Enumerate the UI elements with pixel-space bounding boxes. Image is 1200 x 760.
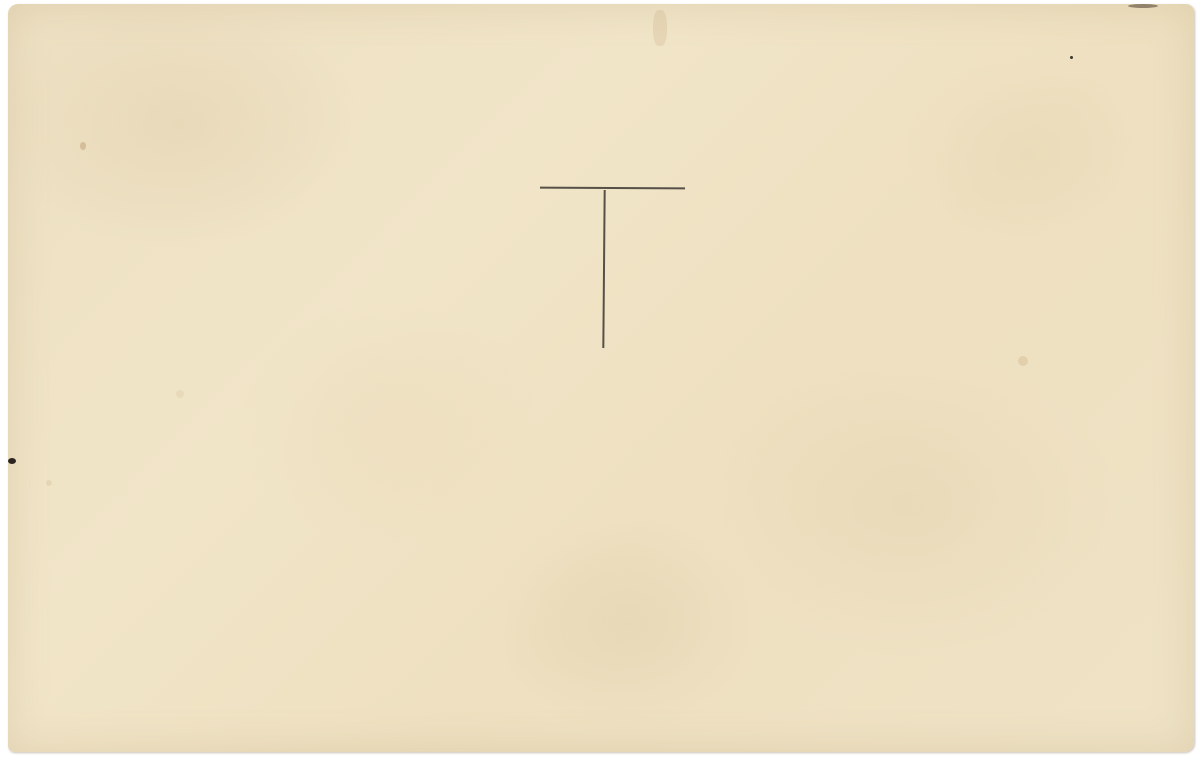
- stain-spot: [1128, 4, 1158, 8]
- stain-spot: [653, 10, 667, 46]
- stain-spot: [1018, 356, 1028, 366]
- edge-ink-dot: [8, 458, 16, 464]
- paper-card: [8, 4, 1194, 752]
- stain-spot: [176, 390, 184, 398]
- stain-spot: [1070, 56, 1073, 59]
- stain-spot: [46, 480, 52, 486]
- stain-spot: [80, 142, 86, 150]
